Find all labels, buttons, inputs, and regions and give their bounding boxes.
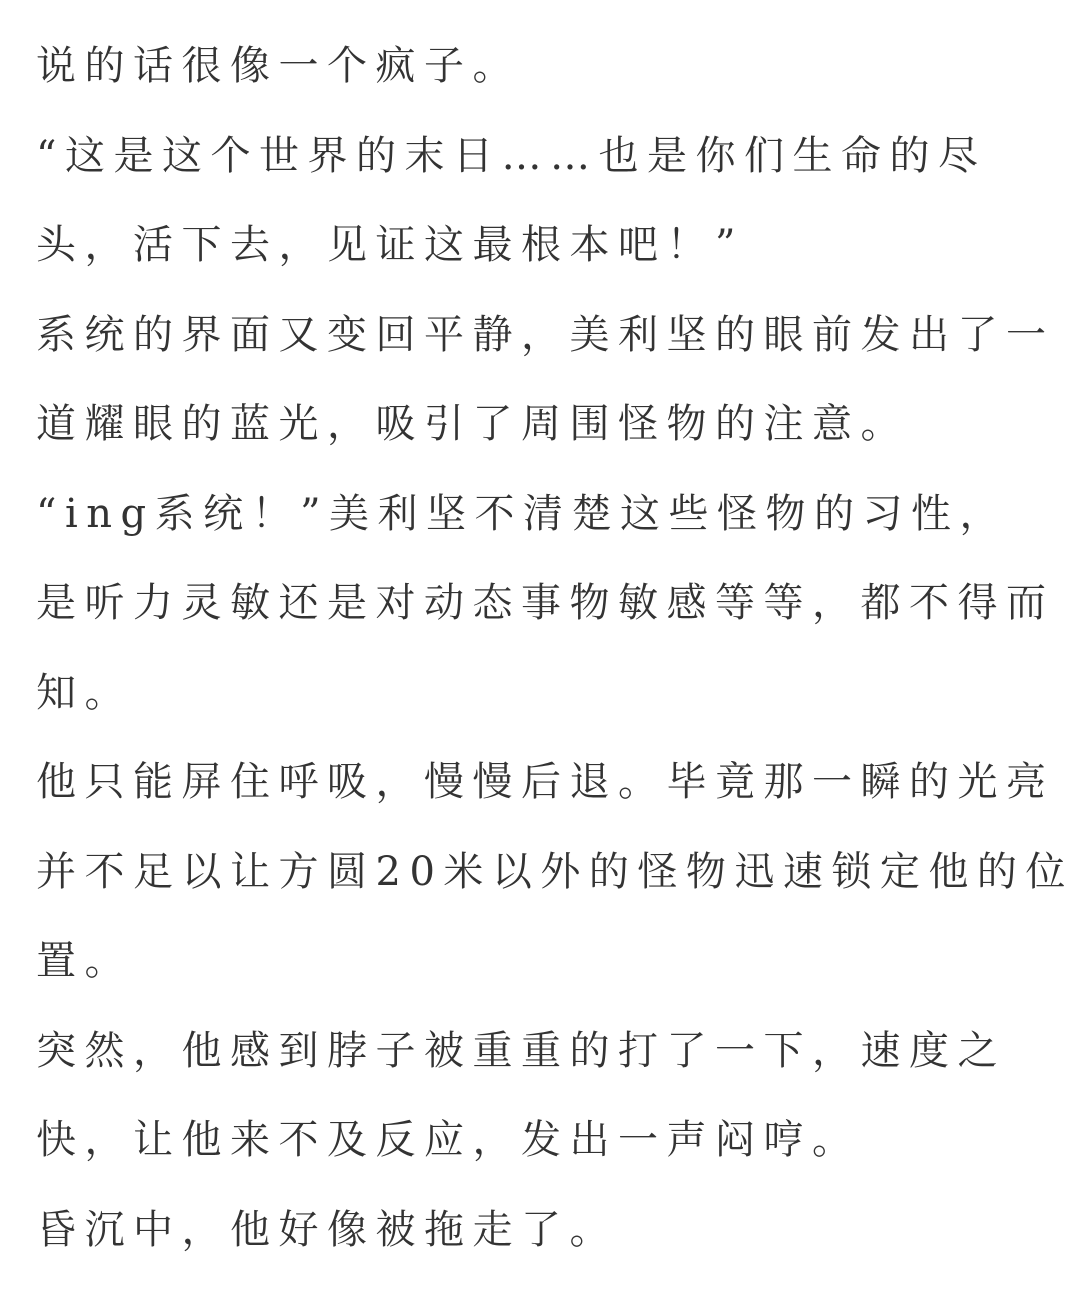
- paragraph: 说的话很像一个疯子。: [36, 22, 1046, 112]
- text-line: 系统的界面又变回平静，美利坚的眼前发出了一: [36, 291, 1046, 381]
- paragraph: “ing系统！”美利坚不清楚这些怪物的习性， 是听力灵敏还是对动态事物敏感等等，…: [36, 470, 1046, 739]
- text-line: “ing系统！”美利坚不清楚这些怪物的习性，: [36, 470, 1046, 560]
- text-line: 道耀眼的蓝光，吸引了周围怪物的注意。: [36, 380, 1046, 470]
- text-line: 置。: [36, 917, 1046, 1007]
- text-line: “这是这个世界的末日……也是你们生命的尽: [36, 112, 1046, 202]
- text-line: 他只能屏住呼吸，慢慢后退。毕竟那一瞬的光亮: [36, 738, 1046, 828]
- text-line: 突然，他感到脖子被重重的打了一下，速度之: [36, 1007, 1046, 1097]
- text-line: 快，让他来不及反应，发出一声闷哼。: [36, 1096, 1046, 1186]
- text-line: 并不足以让方圆20米以外的怪物迅速锁定他的位: [36, 828, 1046, 918]
- paragraph: 他只能屏住呼吸，慢慢后退。毕竟那一瞬的光亮 并不足以让方圆20米以外的怪物迅速锁…: [36, 738, 1046, 1007]
- text-line: 说的话很像一个疯子。: [36, 22, 1046, 112]
- paragraph: 系统的界面又变回平静，美利坚的眼前发出了一 道耀眼的蓝光，吸引了周围怪物的注意。: [36, 291, 1046, 470]
- text-line: 头，活下去，见证这最根本吧！”: [36, 201, 1046, 291]
- paragraph: 突然，他感到脖子被重重的打了一下，速度之 快，让他来不及反应，发出一声闷哼。: [36, 1007, 1046, 1186]
- text-line: 是听力灵敏还是对动态事物敏感等等，都不得而: [36, 559, 1046, 649]
- text-line: 知。: [36, 649, 1046, 739]
- paragraph: “这是这个世界的末日……也是你们生命的尽 头，活下去，见证这最根本吧！”: [36, 112, 1046, 291]
- paragraph: 昏沉中，他好像被拖走了。: [36, 1186, 1046, 1276]
- reader-content: 说的话很像一个疯子。 “这是这个世界的末日……也是你们生命的尽 头，活下去，见证…: [36, 22, 1046, 1275]
- text-line: 昏沉中，他好像被拖走了。: [36, 1186, 1046, 1276]
